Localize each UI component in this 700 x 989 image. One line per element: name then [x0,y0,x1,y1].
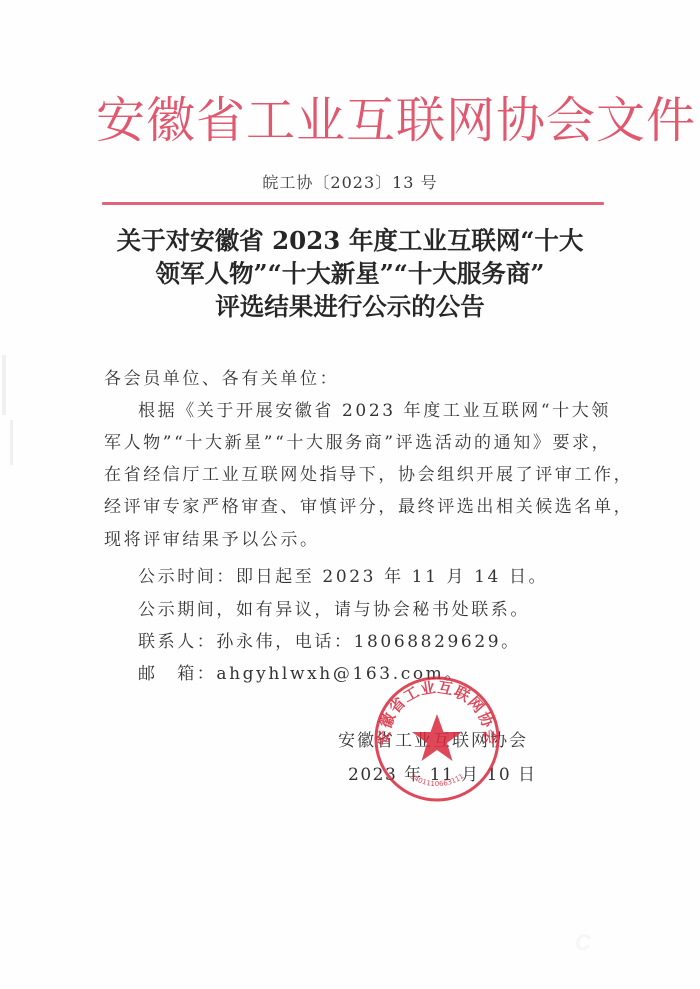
scan-edge-mark [10,420,13,465]
document-page: 安徽省工业互联网协会文件 皖工协〔2023〕13 号 关于对安徽省 2023 年… [0,0,700,989]
body-line: 经评审专家严格审查、审慎评分，最终评选出相关候选名单， [104,495,633,519]
signature-organization: 安徽省工业互联网协会 [338,726,528,751]
body-line: 根据《关于开展安徽省 2023 年度工业互联网“十大领 [138,399,611,423]
title-line: 评选结果进行公示的公告 [90,290,610,323]
contact-info: 联系人：孙永伟，电话：18068829629。 [138,630,521,654]
objection-notice: 公示期间，如有异议，请与协会秘书处联系。 [138,598,530,622]
body-line: 现将评审结果予以公示。 [104,528,320,552]
masthead-title: 安徽省工业互联网协会文件 [96,88,608,154]
document-title: 关于对安徽省 2023 年度工业互联网“十大 领军人物”“十大新星”“十大服务商… [90,224,610,323]
document-number: 皖工协〔2023〕13 号 [0,170,700,193]
body-line: 在省经信厅工业互联网处指导下，协会组织开展了评审工作， [104,463,633,487]
scan-edge-mark [2,355,6,415]
title-line: 关于对安徽省 2023 年度工业互联网“十大 [90,224,610,257]
body-line: 军人物”“十大新星”“十大服务商”评选活动的通知》要求， [104,431,611,455]
watermark: C [575,930,591,956]
signature-date: 2023 年 11 月 10 日 [348,760,537,785]
notice-period: 公示时间：即日起至 2023 年 11 月 14 日。 [138,565,548,589]
email-info: 邮 箱：ahgyhlwxh@163.com。 [138,662,464,686]
salutation: 各会员单位、各有关单位： [104,367,339,391]
title-line: 领军人物”“十大新星”“十大服务商” [90,257,610,290]
red-divider-line [102,202,604,205]
